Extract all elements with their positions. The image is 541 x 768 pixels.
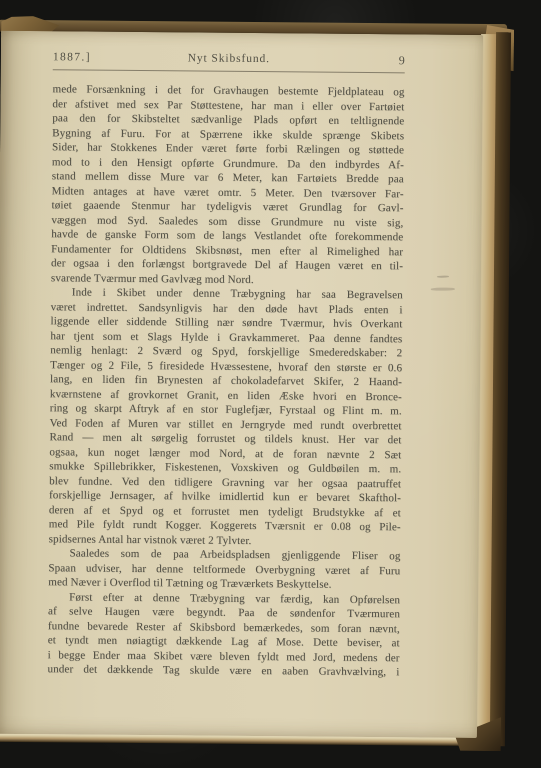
header-title: Nyt Skibsfund.	[53, 50, 405, 68]
page-header: 1887.] Nyt Skibsfund. 9	[53, 50, 405, 68]
body-text: mede Forsænkning i det for Gravhaugen be…	[47, 82, 404, 680]
text-line: under det dækkende Tag skulde være en aa…	[47, 662, 399, 680]
header-rule	[53, 69, 405, 73]
pencil-mark	[431, 288, 455, 291]
header-page-number: 9	[399, 53, 405, 68]
book: 1887.] Nyt Skibsfund. 9 mede Forsænkning…	[0, 20, 513, 748]
book-page: 1887.] Nyt Skibsfund. 9 mede Forsænkning…	[0, 31, 483, 738]
pencil-mark	[437, 276, 449, 278]
